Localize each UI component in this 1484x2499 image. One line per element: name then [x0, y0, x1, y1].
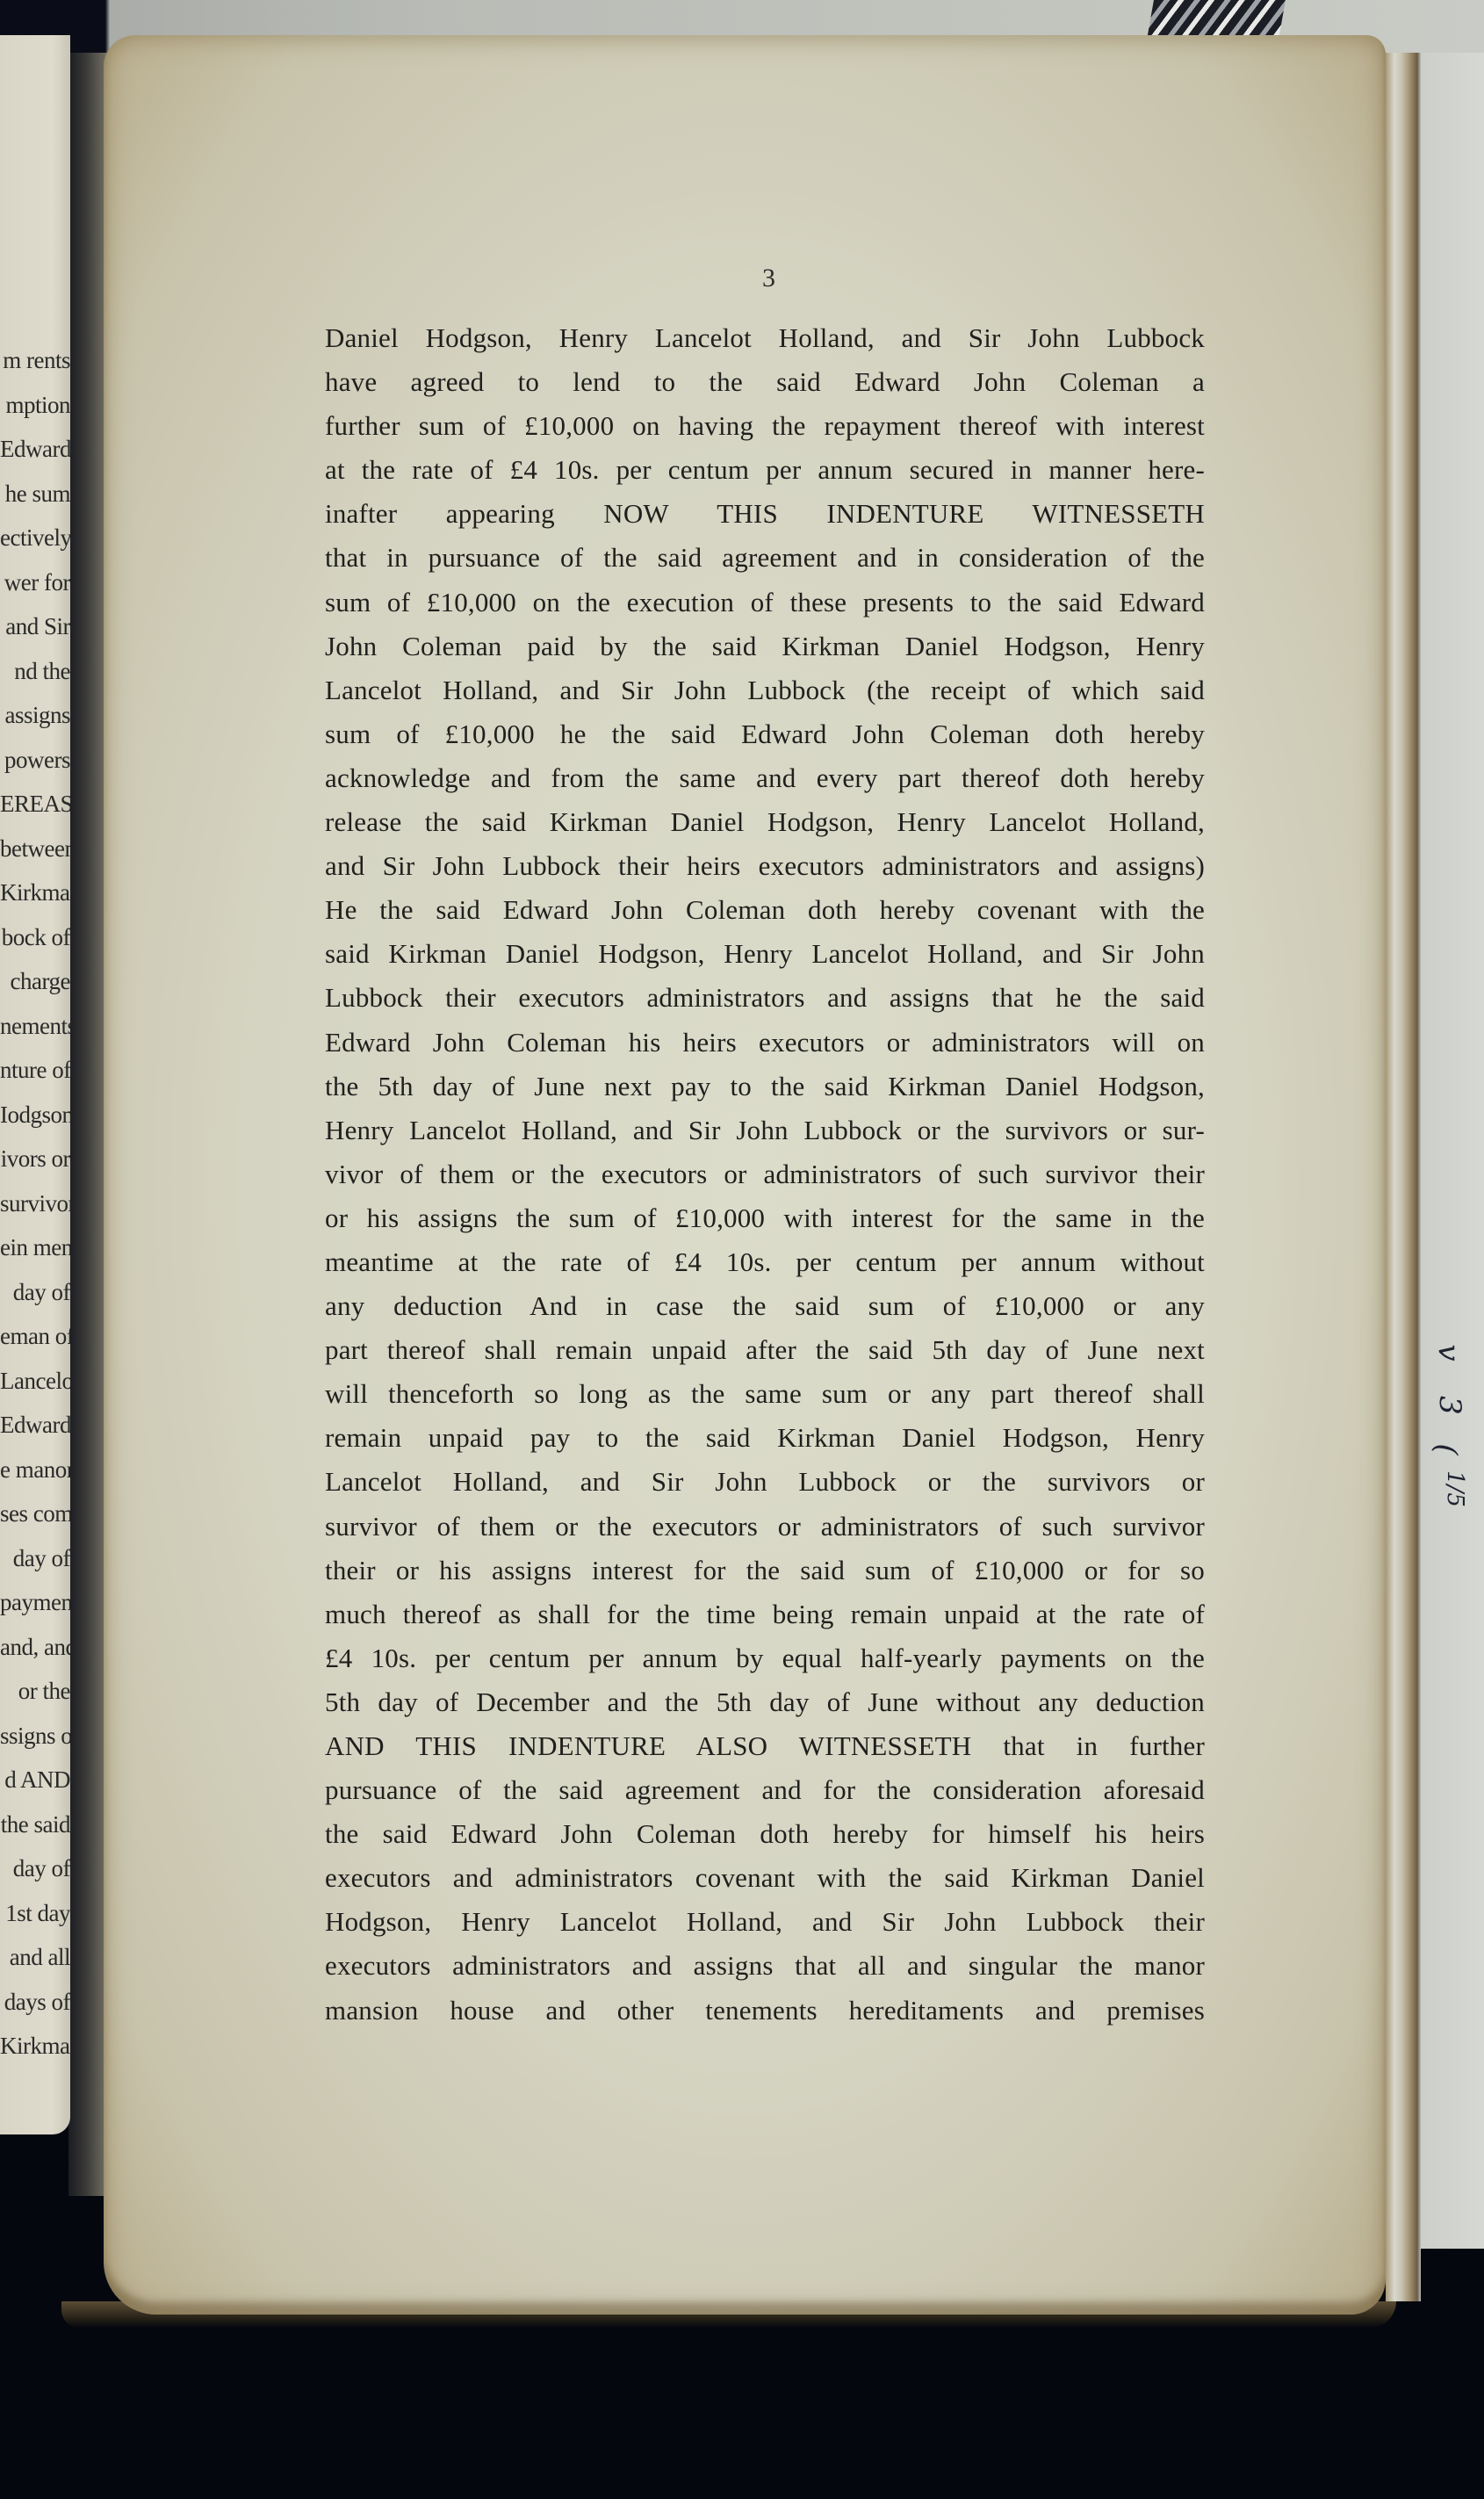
left-page-fragment: mption [0, 392, 70, 419]
text-line: He the said Edward John Coleman doth her… [325, 888, 1205, 932]
left-page-fragment: or the [0, 1678, 70, 1705]
text-line: the said Edward John Coleman doth hereby… [325, 1812, 1205, 1856]
text-line: or his assigns the sum of £10,000 with i… [325, 1196, 1205, 1240]
left-page-fragment: nd the [0, 658, 70, 685]
text-line: executors administrators and assigns tha… [325, 1944, 1205, 1988]
left-page-fragment: he sum [0, 480, 70, 508]
text-line: will thenceforth so long as the same sum… [325, 1372, 1205, 1416]
text-line: Edward John Coleman his heirs executors … [325, 1021, 1205, 1065]
text-line: inafter appearing NOW THIS INDENTURE WIT… [325, 492, 1205, 536]
left-page-fragment: days of [0, 1989, 70, 2016]
text-line: survivor of them or the executors or adm… [325, 1505, 1205, 1549]
left-page-fragment: ectively [0, 524, 70, 552]
left-page-fragment: and, and [0, 1634, 70, 1661]
left-page-fragment: powers [0, 747, 70, 774]
text-line: sum of £10,000 he the said Edward John C… [325, 712, 1205, 756]
text-line: remain unpaid pay to the said Kirkman Da… [325, 1416, 1205, 1460]
text-line: pursuance of the said agreement and for … [325, 1768, 1205, 1812]
left-page-fragment: bock of [0, 924, 70, 951]
text-line: much thereof as shall for the time being… [325, 1593, 1205, 1636]
left-page-fragment: eman of [0, 1323, 70, 1350]
margin-handwriting: v 3 ( 1/5 [1431, 1335, 1484, 1537]
text-line: Daniel Hodgson, Henry Lancelot Holland, … [325, 316, 1205, 360]
left-page-fragment: ses com- [0, 1500, 70, 1528]
left-page-fragment: Edward [0, 436, 70, 463]
text-line: mansion house and other tenements heredi… [325, 1989, 1205, 2033]
document-body: Daniel Hodgson, Henry Lancelot Holland, … [325, 316, 1205, 2033]
text-line: have agreed to lend to the said Edward J… [325, 360, 1205, 404]
text-line: Hodgson, Henry Lancelot Holland, and Sir… [325, 1900, 1205, 1944]
handwritten-mark: 3 [1432, 1396, 1467, 1415]
text-line: AND THIS INDENTURE ALSO WITNESSETH that … [325, 1724, 1205, 1768]
left-page-fragment: Kirkman [0, 879, 70, 906]
left-page-fragment: day of [0, 1545, 70, 1572]
cloth-corner [1147, 0, 1286, 40]
text-line: that in pursuance of the said agreement … [325, 536, 1205, 580]
text-line: their or his assigns interest for the sa… [325, 1549, 1205, 1593]
text-line: and Sir John Lubbock their heirs executo… [325, 844, 1205, 888]
left-page-fragment: 1st day [0, 1900, 70, 1927]
left-page-fragment: Kirkman [0, 2033, 70, 2060]
text-line: vivor of them or the executors or admini… [325, 1152, 1205, 1196]
text-line: executors and administrators covenant wi… [325, 1856, 1205, 1900]
left-page-fragment: wer for [0, 569, 70, 596]
text-line: Lancelot Holland, and Sir John Lubbock o… [325, 1460, 1205, 1504]
left-page-fragment: the said [0, 1811, 70, 1838]
handwritten-mark: 1/5 [1442, 1470, 1468, 1507]
text-line: Lancelot Holland, and Sir John Lubbock (… [325, 668, 1205, 712]
left-page-fragment: nements [0, 1013, 70, 1040]
left-page-fragment: Lancelot [0, 1368, 70, 1395]
handwritten-mark: ( [1429, 1443, 1464, 1455]
text-line: Henry Lancelot Holland, and Sir John Lub… [325, 1109, 1205, 1152]
page-edges [1386, 53, 1421, 2301]
left-page-fragment: m rents [0, 347, 70, 374]
left-page-fragment: charge [0, 968, 70, 995]
left-page-fragment: ssigns of [0, 1723, 70, 1750]
left-page-fragment: nture of [0, 1057, 70, 1084]
left-page-fragment: e manor [0, 1456, 70, 1484]
handwritten-mark: v [1431, 1344, 1466, 1361]
left-page-fragment: survivor [0, 1190, 70, 1217]
text-line: release the said Kirkman Daniel Hodgson,… [325, 800, 1205, 844]
text-line: meantime at the rate of £4 10s. per cent… [325, 1240, 1205, 1284]
text-line: sum of £10,000 on the execution of these… [325, 581, 1205, 625]
left-page-fragment: d AND [0, 1766, 70, 1794]
text-line: acknowledge and from the same and every … [325, 756, 1205, 800]
left-page-fragment: and Sir [0, 613, 70, 640]
left-page-fragment: ein men- [0, 1234, 70, 1261]
text-line: John Coleman paid by the said Kirkman Da… [325, 625, 1205, 668]
left-page-fragment: Edward [0, 1412, 70, 1439]
text-line: at the rate of £4 10s. per centum per an… [325, 448, 1205, 492]
left-page-fragment: day of [0, 1279, 70, 1306]
text-line: further sum of £10,000 on having the rep… [325, 404, 1205, 448]
text-line: £4 10s. per centum per annum by equal ha… [325, 1636, 1205, 1680]
left-page-fragment: and all [0, 1944, 70, 1971]
left-page-fragment: ivors or [0, 1145, 70, 1173]
left-page-fragment: day of [0, 1855, 70, 1882]
left-page-fragment: payment [0, 1589, 70, 1616]
text-line: the 5th day of June next pay to the said… [325, 1065, 1205, 1109]
left-page-fragment: between [0, 835, 70, 863]
text-line: said Kirkman Daniel Hodgson, Henry Lance… [325, 932, 1205, 976]
left-page-fragment: EREAS [0, 791, 70, 818]
text-line: any deduction And in case the said sum o… [325, 1284, 1205, 1328]
text-line: 5th day of December and the 5th day of J… [325, 1680, 1205, 1724]
text-line: Lubbock their executors administrators a… [325, 976, 1205, 1020]
left-page-fragment: Iodgson, [0, 1101, 70, 1129]
left-page-fragment: assigns [0, 702, 70, 729]
page-number: 3 [762, 264, 775, 293]
left-page: m rentsmptionEdwardhe sumectivelywer for… [0, 35, 70, 2134]
text-line: part thereof shall remain unpaid after t… [325, 1328, 1205, 1372]
